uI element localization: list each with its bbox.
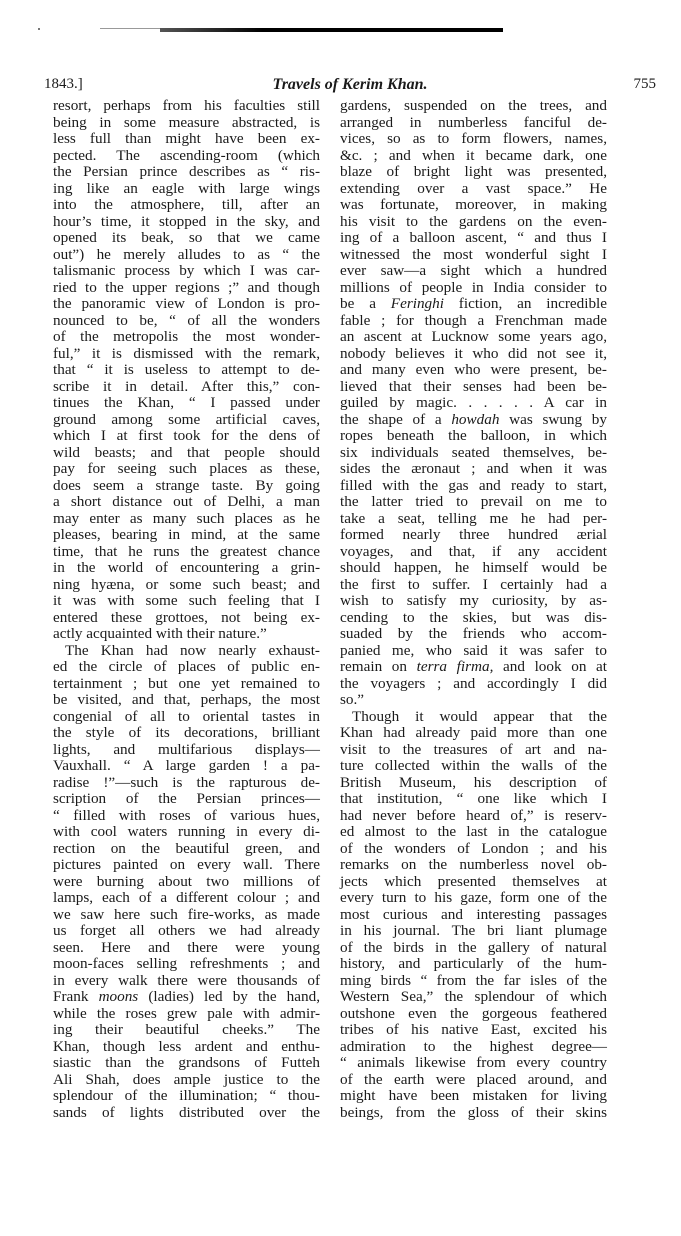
text-line: take a seat, telling me he had per- [340,511,607,528]
text-line: rection on the beautiful green, and [53,841,320,858]
text-line: Ali Shah, does ample justice to the [53,1072,320,1089]
text-line: Though it would appear that the [340,709,607,726]
text-line: pleases, bearing in mind, at the same [53,527,320,544]
text-line: the latter tried to prevail on me to [340,494,607,511]
text-line: ing like an eagle with large wings [53,181,320,198]
text-line: of the birds in the gallery of natural [340,940,607,957]
text-line: be a Feringhi fiction, an incredible [340,296,607,313]
text-line: in every walk there were thousands of [53,973,320,990]
text-line: had never before heard of,” is reserv- [340,808,607,825]
text-line: lights, and multifarious displays— [53,742,320,759]
text-line: tribes of his native East, excited his [340,1022,607,1039]
text-line: outshone even the gorgeous feathered [340,1006,607,1023]
text-line: a short distance out of Delhi, a man [53,494,320,511]
text-line: ried to the upper regions ;” and though [53,280,320,297]
text-line: history, and particularly of the hum- [340,956,607,973]
text-line: &c. ; and when it became dark, one [340,148,607,165]
text-line: us forget all others we had already [53,923,320,940]
text-line: ed the circle of places of public en- [53,659,320,676]
text-line: resort, perhaps from his faculties still [53,98,320,115]
text-line: seen. Here and there were young [53,940,320,957]
text-line: extending over a vast space.” He [340,181,607,198]
text-line: so.” [340,692,607,709]
text-line: congenial of all to oriental tastes in [53,709,320,726]
text-line: hour’s time, it stopped in the sky, and [53,214,320,231]
text-line: into the atmosphere, till, after an [53,197,320,214]
text-line: entered these grottoes, not being ex- [53,610,320,627]
text-line: six individuals seated themselves, be- [340,445,607,462]
text-line: ful,” it is dismissed with the remark, [53,346,320,363]
text-line: should happen, he himself would be [340,560,607,577]
text-line: does seem a strange taste. By going [53,478,320,495]
text-line: ed almost to the last in the catalogue [340,824,607,841]
text-line: we saw here such fire-works, as made [53,907,320,924]
text-line: remain on terra firma, and look on at [340,659,607,676]
text-line: the shape of a howdah was swung by [340,412,607,429]
text-line: was fortunate, moreover, in making [340,197,607,214]
text-line: scription of the Persian princes— [53,791,320,808]
text-line: the first to suffer. I certainly had a [340,577,607,594]
text-line: the Persian prince describes as “ ris- [53,164,320,181]
text-line: beings, from the gloss of their skins [340,1105,607,1122]
text-line: siastic than the grandsons of Futteh [53,1055,320,1072]
text-line: every turn to his gaze, form one of the [340,890,607,907]
italic-term: howdah [451,411,499,428]
text-line: ing of a balloon ascent, “ and thus I [340,230,607,247]
text-line: opened its beak, so that we came [53,230,320,247]
text-line: moon-faces selling refreshments ; and [53,956,320,973]
text-line: gardens, suspended on the trees, and [340,98,607,115]
text-line: ing their beautiful cheeks.” The [53,1022,320,1039]
text-line: the panoramic view of London is pro- [53,296,320,313]
text-line: British Museum, his description of [340,775,607,792]
text-line: his visit to the gardens on the even- [340,214,607,231]
text-line: blaze of bright light was presented, [340,164,607,181]
text-line: suaded by the friends who accom- [340,626,607,643]
text-line: filled with the gas and ready to start, [340,478,607,495]
text-line: radise !”—such is the rapturous de- [53,775,320,792]
text-line: Vauxhall. “ A large garden ! a pa- [53,758,320,775]
text-line: the voyagers ; and accordingly I did [340,676,607,693]
text-line: ropes beneath the balloon, in which [340,428,607,445]
text-line: ground among some artificial caves, [53,412,320,429]
text-line: sands of lights distributed over the [53,1105,320,1122]
text-line: remarks on the numberless novel ob- [340,857,607,874]
text-line: ture collected within the walls of the [340,758,607,775]
text-line: of the metropolis the most wonder- [53,329,320,346]
running-header: 1843.] Travels of Kerim Khan. 755 [44,76,656,98]
text-line: talismanic process by which I was car- [53,263,320,280]
text-line: lamps, each of a different colour ; and [53,890,320,907]
text-line: Khan had already paid more than one [340,725,607,742]
text-line: panied me, who said it was safer to [340,643,607,660]
text-line: ming birds “ from the far isles of the [340,973,607,990]
text-line: with cool waters running in every di- [53,824,320,841]
text-line: guiled by magic. . . . . . A car in [340,395,607,412]
text-line: Khan, though less ardent and enthu- [53,1039,320,1056]
text-line: pay for seeing such places as these, [53,461,320,478]
text-line: the style of its decorations, brilliant [53,725,320,742]
text-line: nounced to be, “ of all the wonders [53,313,320,330]
text-line: sides the æronaut ; and when it was [340,461,607,478]
rule-thick [160,28,503,32]
text-line: an ascent at Lucknow some years ago, [340,329,607,346]
text-line: actly acquainted with their nature.” [53,626,320,643]
text-line: nobody believes it who did not see it, [340,346,607,363]
text-line: wild beasts; and that people should [53,445,320,462]
italic-term: Feringhi [391,295,444,312]
text-line: in his journal. The bri liant plumage [340,923,607,940]
text-line: tertainment ; but one yet remained to [53,676,320,693]
right-column: gardens, suspended on the trees, andarra… [340,98,607,1121]
text-line: in the world of encountering a grin- [53,560,320,577]
text-line: “ animals likewise from every country [340,1055,607,1072]
text-line: time, that he runs the greatest chance [53,544,320,561]
left-column: resort, perhaps from his faculties still… [53,98,320,1121]
text-line: pected. The ascending-room (which [53,148,320,165]
header-title: Travels of Kerim Khan. [44,76,656,94]
text-line: arranged in numberless fanciful de- [340,115,607,132]
top-rule [100,26,503,34]
text-line: “ filled with roses of various hues, [53,808,320,825]
text-line: wish to satisfy my curiosity, by as- [340,593,607,610]
text-line: lieved that their senses had been be- [340,379,607,396]
text-line: it was with some such feeling that I [53,593,320,610]
text-line: while the roses grew pale with admir- [53,1006,320,1023]
text-line: cending to the skies, but was dis- [340,610,607,627]
text-line: were burning about two millions of [53,874,320,891]
text-line: Frank moons (ladies) led by the hand, [53,989,320,1006]
text-line: which I at first took for the dens of [53,428,320,445]
text-line: formed nearly three hundred ærial [340,527,607,544]
page-number: 755 [634,76,657,93]
text-line: may enter as many such places as he [53,511,320,528]
text-line: ever saw—a sight which a hundred [340,263,607,280]
text-line: being in some measure abstracted, is [53,115,320,132]
text-line: and many even who were present, be- [340,362,607,379]
text-line: less full than might have been ex- [53,131,320,148]
text-line: ning hyæna, or some such beast; and [53,577,320,594]
italic-term: terra firma, [417,658,494,675]
text-line: admiration to the highest degree— [340,1039,607,1056]
text-line: splendour of the illumination; “ thou- [53,1088,320,1105]
text-line: out”) he merely alludes to as “ the [53,247,320,264]
text-line: scribe it in detail. After this,” con- [53,379,320,396]
text-line: fable ; for though a Frenchman made [340,313,607,330]
text-line: that institution, “ one like which I [340,791,607,808]
text-line: tinues the Khan, “ I passed under [53,395,320,412]
text-line: Western Sea,” the splendour of which [340,989,607,1006]
text-line: vices, so as to form flowers, names, [340,131,607,148]
text-line: most curious and interesting passages [340,907,607,924]
scan-speck [38,28,40,30]
text-line: be visited, and that, perhaps, the most [53,692,320,709]
text-line: The Khan had now nearly exhaust- [53,643,320,660]
italic-term: moons [99,988,139,1005]
text-line: visit to the treasures of art and na- [340,742,607,759]
text-line: jects which presented themselves at [340,874,607,891]
text-line: voyages, and that, if any accident [340,544,607,561]
text-line: might have been mistaken for living [340,1088,607,1105]
text-line: millions of people in India consider to [340,280,607,297]
text-line: that “ it is useless to attempt to de- [53,362,320,379]
text-line: witnessed the most wonderful sight I [340,247,607,264]
text-line: of the earth were placed around, and [340,1072,607,1089]
text-line: pictures painted on every wall. There [53,857,320,874]
text-line: of the wonders of London ; and his [340,841,607,858]
